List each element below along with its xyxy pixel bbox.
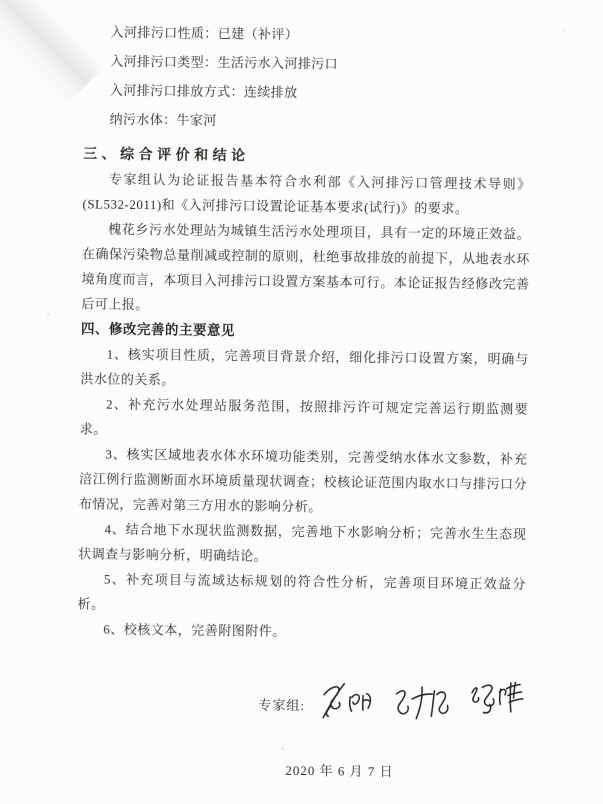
receiving-water-line: 纳污水体：牛家河 bbox=[83, 104, 531, 138]
section-3-paragraph-2: 槐花乡污水处理站为城镇生活污水处理项目，具有一定的环境正效益。在确保污染物总量削… bbox=[81, 216, 530, 321]
expert-group-label: 专家组: bbox=[258, 694, 305, 730]
revision-item-3: 3、核实区域地表水体水环境功能类别，完善受纳水体水文参数，补充涪江例行监测断面水… bbox=[79, 441, 528, 521]
outlet-info-block: 入河排污口性质：已建（补评） 入河排污口类型：生活污水入河排污口 入河排污口排放… bbox=[83, 17, 532, 138]
expert-signature-row: 专家组: bbox=[258, 673, 525, 732]
revision-item-2: 2、补充污水处理站服务范围，按照排污许可规定完善运行期监测要求。 bbox=[80, 391, 529, 446]
revision-item-1: 1、核实项目性质，完善项目背景介绍，细化排污口设置方案，明确与洪水位的关系。 bbox=[80, 341, 529, 396]
signature-2 bbox=[388, 674, 452, 731]
revision-item-5: 5、补充项目与流域达标规划的符合性分析，完善项目环境正效益分析。 bbox=[77, 566, 526, 621]
document-date: 2020 年 6 月 7 日 bbox=[76, 757, 524, 781]
signature-3 bbox=[465, 670, 527, 728]
document-content: 入河排污口性质：已建（补评） 入河排污口类型：生活污水入河排污口 入河排污口排放… bbox=[0, 0, 603, 783]
revision-item-4: 4、结合地下水现状监测数据，完善地下水影响分析；完善水生生态现状调查与影响分析，… bbox=[78, 516, 527, 571]
signature-1 bbox=[313, 670, 379, 729]
section-3-paragraph-1: 专家组认为论证报告基本符合水利部《入河排污口管理技术导则》(SL532-2011… bbox=[82, 166, 531, 221]
revision-item-6: 6、校核文本，完善附图附件。 bbox=[77, 616, 525, 646]
scanned-document-page: 入河排污口性质：已建（补评） 入河排污口类型：生活污水入河排污口 入河排污口排放… bbox=[0, 0, 603, 804]
